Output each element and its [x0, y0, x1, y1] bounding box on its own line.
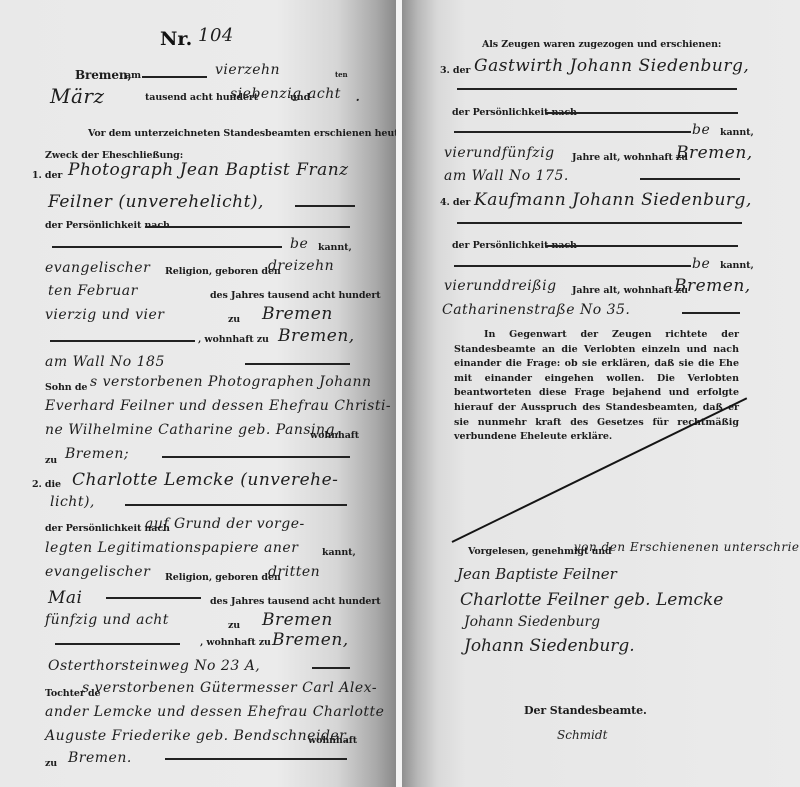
- rule: [50, 340, 195, 342]
- rule: [545, 112, 738, 114]
- groom-parents-wohnhaft: wohnhaft: [310, 430, 359, 441]
- bride-wohnhaft: , wohnhaft zu: [200, 637, 271, 648]
- bride-birth-month: Mai: [48, 588, 82, 608]
- groom-zu: zu: [228, 314, 240, 325]
- groom-be: be: [290, 236, 308, 252]
- groom-parents-zu: zu: [45, 455, 57, 466]
- bride-year-print: des Jahres tausend acht hundert: [210, 596, 381, 607]
- right-page: Als Zeugen waren zugezogen und erschiene…: [402, 0, 800, 787]
- witness4-city: Bremen,: [674, 276, 751, 296]
- groom-birth-place: Bremen: [262, 304, 333, 324]
- bride-identity-1: auf Grund der vorge-: [145, 516, 305, 532]
- official-signature: Schmidt: [557, 728, 607, 742]
- witness4-addr: Catharinenstraße No 35.: [442, 302, 630, 318]
- groom-year-print: des Jahres tausend acht hundert: [210, 290, 381, 301]
- groom-parents-3: ne Wilhelmine Catharine geb. Pansing,: [45, 422, 340, 438]
- rule: [682, 312, 740, 314]
- bride-line-2: licht),: [50, 494, 95, 510]
- official-label: Der Standesbeamte.: [524, 704, 647, 717]
- date-am: am: [125, 70, 141, 81]
- witness3-name: Gastwirth Johann Siedenburg,: [474, 56, 749, 76]
- record-number: 104: [198, 25, 234, 46]
- rule: [55, 643, 180, 645]
- groom-line-1: Photograph Jean Baptist Franz: [68, 160, 349, 180]
- bride-birth-day: dritten: [268, 564, 320, 580]
- bride-line-1: Charlotte Lemcke (unverehe-: [72, 470, 338, 490]
- read-approved-hand: von den Erschienenen unterschrieben.: [574, 540, 800, 554]
- witness3-addr: am Wall No 175.: [444, 168, 569, 184]
- witness3-be: be: [692, 122, 710, 138]
- rule: [52, 246, 282, 248]
- bride-residence-addr: Osterthorsteinweg No 23 A,: [48, 658, 260, 674]
- groom-parents-2: Everhard Feilner und dessen Ehefrau Chri…: [45, 398, 391, 414]
- date-rule: [142, 76, 207, 78]
- date-day: vierzehn: [215, 62, 280, 78]
- signature-witness4: Johann Siedenburg.: [464, 636, 635, 656]
- groom-birth-month: ten Februar: [48, 283, 138, 299]
- groom-sohn: Sohn de: [45, 382, 87, 393]
- date-month: März: [50, 84, 105, 108]
- bride-parents-1: s verstorbenen Gütermesser Carl Alex-: [82, 680, 377, 696]
- groom-birth-year: vierzig und vier: [45, 307, 164, 323]
- witness4-age-print: Jahre alt, wohnhaft zu: [572, 285, 688, 296]
- rule: [312, 667, 350, 669]
- declaration-text: In Gegenwart der Zeugen richtete der Sta…: [454, 328, 739, 445]
- groom-number: 1. der: [32, 170, 62, 181]
- witness3-city: Bremen,: [676, 143, 753, 163]
- groom-kannt: kannt,: [318, 242, 352, 253]
- bride-parents-wohnhaft: wohnhaft: [308, 735, 357, 746]
- bride-birth-year: fünfzig und acht: [45, 612, 169, 628]
- witness-intro: Als Zeugen waren zugezogen und erschiene…: [482, 39, 721, 50]
- groom-residence-addr: am Wall No 185: [45, 354, 165, 370]
- witness4-name: Kaufmann Johann Siedenburg,: [474, 190, 752, 210]
- groom-religion-print: Religion, geboren den: [165, 266, 281, 277]
- bride-zu: zu: [228, 620, 240, 631]
- witness4-kannt: kannt,: [720, 260, 754, 271]
- bride-religion: evangelischer: [45, 564, 150, 580]
- signature-witness3: Johann Siedenburg: [464, 614, 600, 630]
- witness4-be: be: [692, 256, 710, 272]
- rule: [245, 363, 350, 365]
- bride-number: 2. die: [32, 479, 61, 490]
- bride-parents-zu: zu: [45, 758, 57, 769]
- witness4-age: vierunddreißig: [444, 278, 557, 294]
- rule: [295, 205, 355, 207]
- rule: [162, 456, 350, 458]
- signature-bride: Charlotte Feilner geb. Lemcke: [460, 590, 723, 610]
- witness3-number: 3. der: [440, 65, 470, 76]
- rule: [457, 222, 742, 224]
- bride-identity-2: legten Legitimationspapiere aner: [45, 540, 298, 556]
- intro-line-1: Vor dem unterzeichneten Standesbeamten e…: [88, 128, 396, 139]
- bride-birth-place: Bremen: [262, 610, 333, 630]
- witness3-kannt: kannt,: [720, 127, 754, 138]
- groom-line-2: Feilner (unverehelicht),: [48, 192, 264, 212]
- rule: [165, 758, 347, 760]
- groom-residence-city: Bremen,: [278, 326, 355, 346]
- rule: [545, 245, 738, 247]
- rule: [457, 88, 737, 90]
- witness3-age: vierundfünfzig: [444, 145, 555, 161]
- record-number-label: Nr.: [160, 28, 192, 50]
- rule: [145, 226, 350, 228]
- bride-parents-3: Auguste Friederike geb. Bendschneider,: [45, 728, 350, 744]
- rule: [640, 178, 740, 180]
- witness4-number: 4. der: [440, 197, 470, 208]
- groom-religion: evangelischer: [45, 260, 150, 276]
- bride-parents-2: ander Lemcke und dessen Ehefrau Charlott…: [45, 704, 384, 720]
- rule: [454, 265, 691, 267]
- date-place: Bremen,: [75, 68, 132, 82]
- bride-kannt: kannt,: [322, 547, 356, 558]
- bride-residence-city: Bremen,: [272, 630, 349, 650]
- groom-wohnhaft: , wohnhaft zu: [198, 334, 269, 345]
- date-end: .: [355, 86, 361, 106]
- left-page: Nr. 104 Bremen, am vierzehn ten März tau…: [0, 0, 396, 787]
- rule: [106, 597, 201, 599]
- date-ten: ten: [335, 70, 347, 79]
- groom-parents-city: Bremen;: [65, 446, 129, 462]
- rule: [454, 131, 691, 133]
- signature-groom: Jean Baptiste Feilner: [457, 565, 617, 583]
- bride-parents-city: Bremen.: [68, 750, 132, 766]
- groom-parents-1: s verstorbenen Photographen Johann: [90, 374, 372, 390]
- witness3-age-print: Jahre alt, wohnhaft zu: [572, 152, 688, 163]
- groom-birth-day: dreizehn: [268, 258, 334, 274]
- rule: [125, 504, 347, 506]
- date-year-units: acht: [308, 86, 341, 102]
- bride-religion-print: Religion, geboren den: [165, 572, 281, 583]
